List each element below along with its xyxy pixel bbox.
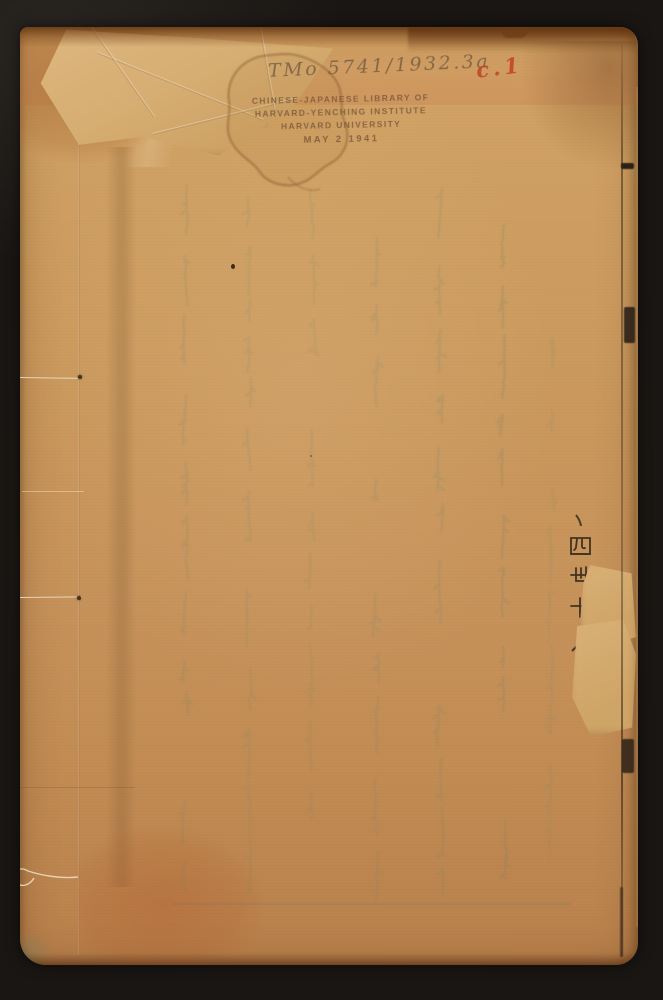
book-cover: TMo 5741/1932.3a c.1 CHINESE-JAPANESE LI… xyxy=(20,27,638,965)
vertical-crease-line xyxy=(78,39,80,955)
stitch-hole xyxy=(77,596,81,600)
manuscript-scan: TMo 5741/1932.3a c.1 CHINESE-JAPANESE LI… xyxy=(0,0,663,1000)
ink-speck xyxy=(310,455,312,457)
horizontal-crease-line xyxy=(22,491,84,492)
cover-bottom-edge xyxy=(20,953,638,965)
torn-patch-right xyxy=(572,619,636,737)
spine-shadow-band xyxy=(106,147,136,887)
edge-ink-mark xyxy=(621,163,634,169)
page-edge-line xyxy=(621,45,623,957)
library-stamp: CHINESE-JAPANESE LIBRARY OF HARVARD-YENC… xyxy=(237,91,444,148)
ink-speck xyxy=(231,264,235,269)
binding-thread xyxy=(20,596,82,598)
top-right-shading xyxy=(518,41,638,171)
edge-ink-mark xyxy=(620,887,623,957)
stitch-hole xyxy=(78,375,82,379)
top-edge-notch xyxy=(502,27,528,38)
horizontal-crease-line xyxy=(20,787,135,788)
bottom-left-stain xyxy=(78,827,263,965)
copy-number-mark: c.1 xyxy=(475,52,524,83)
edge-ink-mark xyxy=(622,739,634,773)
partial-brush-stroke xyxy=(576,515,581,526)
binding-thread xyxy=(20,377,80,379)
page-edge-highlight xyxy=(636,87,638,927)
edge-ink-mark xyxy=(624,307,635,343)
spine-character xyxy=(571,538,590,554)
